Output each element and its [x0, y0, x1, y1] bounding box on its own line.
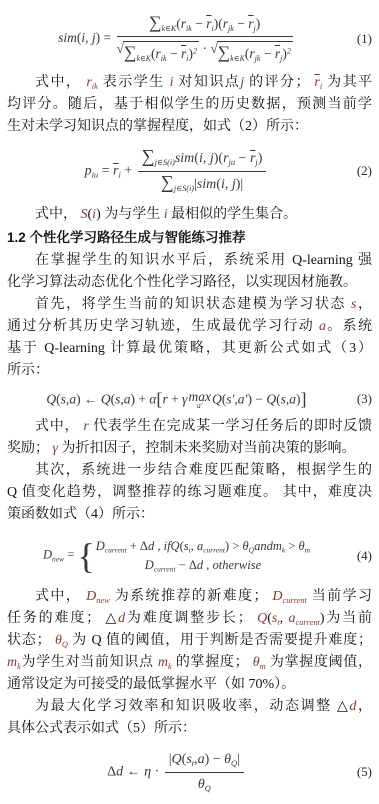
- math-token: i: [81, 30, 85, 45]
- math-token: ik: [186, 24, 192, 33]
- math-token: Dcurrent − Δd , otherwise: [96, 556, 310, 575]
- math-token: 2: [287, 47, 291, 56]
- math-token: k∈K: [230, 54, 245, 63]
- math-token: m: [7, 655, 17, 670]
- text-line: 通常设定为可接受的最低掌握水平（如 70%）。: [7, 674, 372, 696]
- math-token: if: [164, 539, 171, 553]
- math-token: j: [232, 177, 236, 192]
- math-token: ]: [301, 389, 307, 409]
- math-token: k: [17, 662, 21, 671]
- math-token: i: [164, 207, 168, 222]
- math-token: ik: [92, 82, 98, 91]
- equation-5: Δd ← η · |Q(st,a) − θQ|θQ (5): [7, 746, 372, 798]
- math-token: r: [83, 419, 88, 434]
- math-token: ju: [229, 157, 236, 166]
- text-line: 首先，将学生当前的知识状态建模为学习状态 s，: [7, 294, 372, 316]
- math-token: s: [351, 297, 356, 312]
- math-token: current: [283, 596, 307, 605]
- math-token: m: [260, 662, 266, 671]
- math-token: i: [211, 24, 213, 33]
- equation-4-number: (4): [346, 545, 372, 567]
- text-line: 策函数如式（4）所示：: [7, 504, 372, 526]
- math-token: d: [148, 539, 154, 553]
- equation-1: sim(i, j) = ∑k∈K(rik − ri)(rjk − rj)√∑k∈…: [7, 12, 372, 66]
- math-token: s: [61, 391, 66, 406]
- math-token: k∈K: [136, 54, 151, 63]
- math-token: D: [96, 539, 105, 553]
- math-token: j: [253, 24, 255, 33]
- math-token: j: [210, 151, 214, 166]
- paragraph-7: 式中， Dnew 为系统推荐的新难度； Dcurrent 当前学习 任务的难度；…: [7, 586, 372, 696]
- math-token: t: [277, 618, 279, 627]
- math-token: S: [81, 207, 88, 222]
- text-line: 式中， rik 表示学生 i 对知识点j 的评分； ri 为其平: [7, 72, 372, 94]
- math-token: m: [305, 546, 310, 555]
- math-token: θ: [198, 777, 205, 792]
- math-token: jk: [228, 24, 234, 33]
- paragraph-8: 为最大化学习效率和知识吸收率，动态调整 △d， 具体公式表示如式（5）所示：: [7, 696, 372, 740]
- math-token: a′: [197, 402, 203, 410]
- math-token: |Q(st,a) − θQ|: [165, 749, 244, 773]
- formula-5: Δd ← η · |Q(st,a) − θQ|θQ: [7, 749, 346, 796]
- text-line: 生对未学习知识点的掌握程度，如式（2）所示：: [7, 116, 372, 138]
- math-token: i: [320, 82, 322, 91]
- text-line: 均评分。随后，基于相似学生的历史数据，预测当前学: [7, 94, 372, 116]
- math-token: and: [254, 539, 273, 553]
- math-token: j: [92, 30, 96, 45]
- math-token: r: [162, 391, 167, 406]
- math-token: a: [198, 752, 205, 767]
- math-token: √∑k∈K(rjk − rj)2: [210, 41, 293, 65]
- math-token: Q: [101, 391, 111, 406]
- math-token: m: [273, 539, 282, 553]
- math-token: i: [186, 54, 188, 63]
- math-token: s: [281, 391, 286, 406]
- formula-1: sim(i, j) = ∑k∈K(rik − ri)(rjk − rj)√∑k∈…: [7, 13, 346, 65]
- math-token: i: [221, 177, 225, 192]
- math-token: k∈K: [162, 24, 177, 33]
- text-line: 式中， S(i) 为与学生 i 最相似的学生集合。: [7, 204, 372, 226]
- math-token: η: [144, 764, 151, 779]
- math-token: jk: [255, 54, 261, 63]
- math-token: ∑j∈S(i)sim(i, j)(rju − rj): [138, 147, 267, 172]
- math-token: d: [197, 558, 203, 572]
- math-token: k: [282, 546, 285, 555]
- math-token: Q: [46, 391, 56, 406]
- math-token: √∑k∈K(rik − ri)2: [117, 41, 200, 65]
- equation-2-number: (2): [346, 160, 372, 182]
- math-token: j: [255, 157, 257, 166]
- math-token: {: [77, 541, 94, 572]
- math-token: D: [272, 589, 282, 604]
- math-token: i: [170, 75, 174, 90]
- text-line: 基于 Q-learning 计算最优策略，其更新公式如式（3）: [7, 338, 372, 360]
- paragraph-1: 式中， rik 表示学生 i 对知识点j 的评分； ri 为其平 均评分。随后，…: [7, 72, 372, 138]
- math-token: sim: [175, 151, 194, 166]
- math-token: θ: [224, 752, 231, 767]
- math-token: current: [296, 618, 320, 627]
- math-token: k: [168, 662, 172, 671]
- text-line: 状态； θQ 为 Q 值的阈值，用于判断是否需要提升难度；: [7, 630, 372, 652]
- math-token: ∑j∈S(i)|sim(i, j)|: [138, 172, 267, 196]
- math-token: s: [115, 391, 120, 406]
- text-line: 式中， r 代表学生在完成某一学习任务后的即时反馈: [7, 416, 372, 438]
- math-token: ∑j∈S(i): [161, 172, 194, 192]
- math-token: sim: [197, 177, 216, 192]
- math-token: 2: [193, 47, 197, 56]
- math-token: p: [85, 163, 92, 178]
- math-token: j∈S(i): [155, 157, 175, 166]
- math-token: otherwise: [213, 558, 262, 572]
- text-line: 化学习算法动态优化个性化学习路径，以实现因材施教。: [7, 272, 372, 294]
- equation-3-number: (3): [346, 388, 372, 410]
- text-line: 奖励； γ 为折扣因子，控制未来奖励对当前决策的影响。: [7, 438, 372, 460]
- math-token: a: [289, 391, 296, 406]
- math-token: Dcurrent + Δd , ifQ(st, acurrent) > θQan…: [96, 537, 310, 575]
- math-token: a: [289, 611, 296, 626]
- math-token: d: [118, 611, 125, 626]
- math-token: i: [199, 151, 203, 166]
- document-page: sim(i, j) = ∑k∈K(rik − ri)(rjk − rj)√∑k∈…: [0, 0, 379, 804]
- text-line: Q 值变化趋势，调整推荐的练习题难度。 其中，难度决: [7, 482, 372, 504]
- math-token: Q: [231, 758, 237, 767]
- paragraph-2: 式中， S(i) 为与学生 i 最相似的学生集合。: [7, 204, 372, 226]
- equation-2: piu = ri + ∑j∈S(i)sim(i, j)(rju − rj)∑j∈…: [7, 143, 372, 199]
- math-token: a: [124, 391, 131, 406]
- math-token: Q: [62, 640, 68, 649]
- math-token: t: [192, 758, 194, 767]
- math-token: ∑k∈K(rik − ri)(rjk − rj): [117, 13, 293, 37]
- paragraph-5: 式中， r 代表学生在完成某一学习任务后的即时反馈 奖励； γ 为折扣因子，控制…: [7, 416, 372, 460]
- math-token: ∑k∈K(rik − ri)2: [123, 41, 199, 65]
- math-token: Q: [205, 783, 211, 792]
- math-token: j: [240, 75, 244, 90]
- math-token: γ: [53, 441, 59, 456]
- math-token: i: [118, 170, 120, 179]
- math-token: θ: [253, 655, 260, 670]
- math-token: D: [145, 558, 154, 572]
- math-token: √∑k∈K(rik − ri)2 · √∑k∈K(rjk − rj)2: [117, 37, 293, 65]
- math-token: a′: [238, 391, 248, 406]
- equation-4: Dnew = {Dcurrent + Δd , ifQ(st, acurrent…: [7, 530, 372, 582]
- math-token: ∑j∈S(i)sim(i, j)(rju − rj)∑j∈S(i)|sim(i,…: [138, 147, 267, 196]
- math-token: j: [280, 54, 282, 63]
- text-line: mk为学生对当前知识点 mk 的掌握度； θm 为掌握度阈值，: [7, 652, 372, 674]
- math-token: i: [92, 207, 96, 222]
- formula-3: Q(s,a) ← Q(s,a) + α[r + γmaxa′Q(s′,a′) −…: [7, 388, 346, 410]
- math-token: Q: [172, 752, 182, 767]
- math-token: maxa′: [188, 390, 211, 410]
- math-token: |Q(st,a) − θQ|θQ: [165, 749, 244, 796]
- math-token: Q: [171, 539, 180, 553]
- math-token: Dcurrent + Δd , ifQ(st, acurrent) > θQan…: [96, 537, 310, 556]
- text-line: 其次，系统进一步结合难度匹配策略，根据学生的: [7, 460, 372, 482]
- math-token: ik: [161, 54, 167, 63]
- text-line: 任务的难度； △d为难度调整步长； Q(st, acurrent)为当前: [7, 608, 372, 630]
- math-token: iu: [92, 170, 99, 179]
- math-token: ∑k∈K: [124, 42, 151, 62]
- text-line: 在掌握学生的知识水平后，系统采用 Q-learning 强: [7, 250, 372, 272]
- math-token: t: [189, 546, 191, 555]
- math-token: a: [69, 391, 76, 406]
- math-token: ∑k∈K: [218, 42, 245, 62]
- equation-1-number: (1): [346, 28, 372, 50]
- paragraph-4: 首先，将学生当前的知识状态建模为学习状态 s， 通过分析其历史学习轨迹，生成最优…: [7, 294, 372, 382]
- math-token: s′: [226, 391, 234, 406]
- math-token: Q: [266, 391, 276, 406]
- math-token: Q: [212, 391, 222, 406]
- formula-4: Dnew = {Dcurrent + Δd , ifQ(st, acurrent…: [7, 537, 346, 575]
- math-token: ∑k∈K(rik − ri)(rjk − rj)√∑k∈K(rik − ri)2…: [117, 13, 293, 65]
- math-token: θ: [55, 633, 62, 648]
- section-heading: 1.2 个性化学习路径生成与智能练习推荐: [7, 227, 372, 249]
- math-token: γ: [182, 391, 187, 406]
- math-token: j∈S(i): [174, 183, 194, 192]
- math-token: current: [105, 546, 127, 555]
- math-token: m: [158, 655, 168, 670]
- text-line: 具体公式表示如式（5）所示：: [7, 718, 372, 740]
- math-token: ∑j∈S(i): [142, 146, 175, 166]
- math-token: new: [96, 596, 110, 605]
- math-token: d: [349, 699, 356, 714]
- math-token: d: [116, 764, 123, 779]
- paragraph-3: 在掌握学生的知识水平后，系统采用 Q-learning 强 化学习算法动态优化个…: [7, 250, 372, 294]
- math-token: new: [52, 555, 64, 564]
- text-line: 式中， Dnew 为系统推荐的新难度； Dcurrent 当前学习: [7, 586, 372, 608]
- text-line: 为最大化学习效率和知识吸收率，动态调整 △d，: [7, 696, 372, 718]
- paragraph-6: 其次，系统进一步结合难度匹配策略，根据学生的 Q 值变化趋势，调整推荐的练习题难…: [7, 460, 372, 526]
- math-token: ∑k∈K(rjk − rj)2: [217, 41, 293, 65]
- math-token: sim: [58, 30, 77, 45]
- equation-5-number: (5): [346, 761, 372, 783]
- equation-3: Q(s,a) ← Q(s,a) + α[r + γmaxa′Q(s′,a′) −…: [7, 385, 372, 413]
- math-token: Q: [257, 611, 267, 626]
- math-token: {Dcurrent + Δd , ifQ(st, acurrent) > θQa…: [77, 537, 310, 575]
- math-token: ∑k∈K: [149, 12, 176, 32]
- math-token: current: [203, 546, 225, 555]
- text-line: 所示：: [7, 360, 372, 382]
- math-token: a: [319, 319, 326, 334]
- text-line: 通过分析其历史学习轨迹，生成最优学习行动 a。系统: [7, 316, 372, 338]
- formula-2: piu = ri + ∑j∈S(i)sim(i, j)(rju − rj)∑j∈…: [7, 147, 346, 196]
- math-token: D: [43, 548, 52, 562]
- math-token: D: [86, 589, 96, 604]
- math-token: current: [154, 565, 176, 574]
- math-token: θQ: [165, 773, 244, 796]
